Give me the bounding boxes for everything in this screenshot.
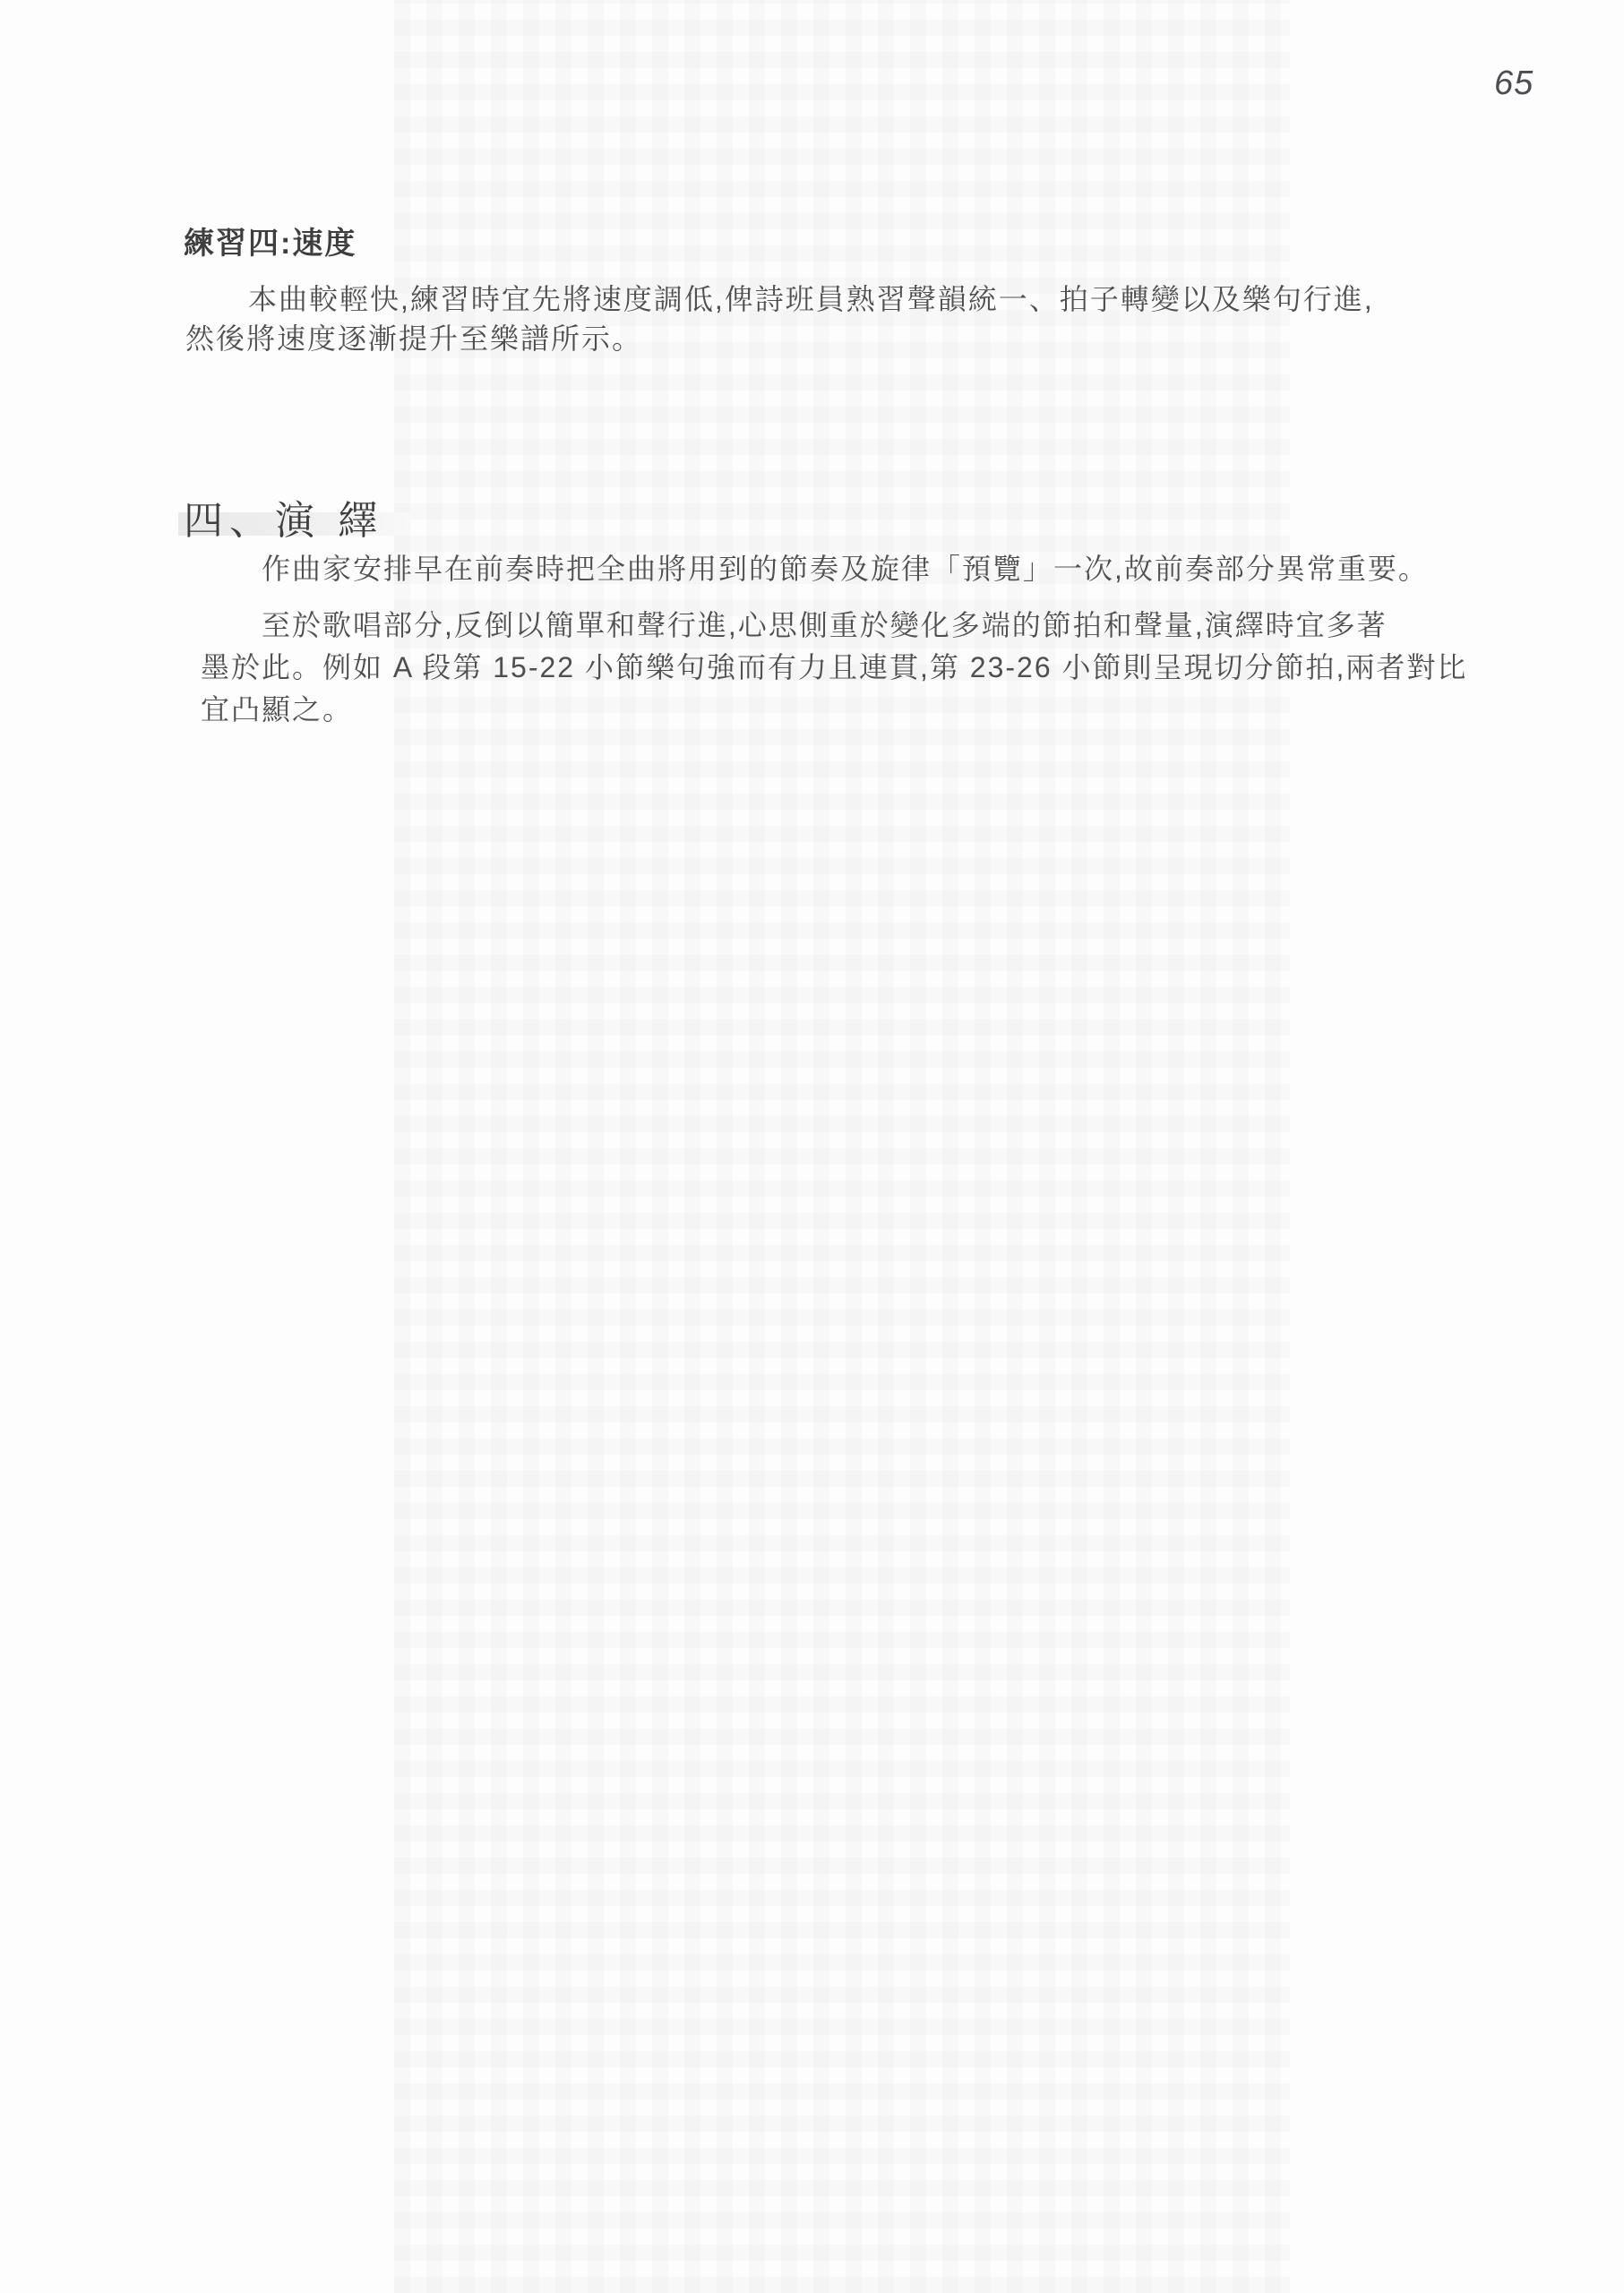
text-line: 宜凸顯之。 xyxy=(201,689,1517,731)
text-line: 墨於此。例如 A 段第 15-22 小節樂句強而有力且連貫,第 23-26 小節… xyxy=(201,647,1517,689)
text-line: 作曲家安排早在前奏時把全曲將用到的節奏及旋律「預覽」一次,故前奏部分異常重要。 xyxy=(201,548,1517,589)
exercise-tempo-paragraph: 本曲較輕快,練習時宜先將速度調低,俾詩班員熟習聲韻統一、拍子轉變以及樂句行進, … xyxy=(185,279,1502,358)
interpretation-paragraph-1: 作曲家安排早在前奏時把全曲將用到的節奏及旋律「預覽」一次,故前奏部分異常重要。 xyxy=(201,548,1517,589)
text-line: 本曲較輕快,練習時宜先將速度調低,俾詩班員熟習聲韻統一、拍子轉變以及樂句行進, xyxy=(185,279,1502,319)
exercise-tempo-heading: 練習四:速度 xyxy=(184,219,357,262)
document-page: 65 練習四:速度 本曲較輕快,練習時宜先將速度調低,俾詩班員熟習聲韻統一、拍子… xyxy=(0,0,1624,2293)
page-number: 65 xyxy=(1494,64,1534,103)
interpretation-paragraph-2: 至於歌唱部分,反倒以簡單和聲行進,心思側重於變化多端的節拍和聲量,演繹時宜多著 … xyxy=(201,605,1517,731)
interpretation-heading: 四、演 繹 xyxy=(184,488,383,545)
text-line: 然後將速度逐漸提升至樂譜所示。 xyxy=(185,319,1502,358)
text-line: 至於歌唱部分,反倒以簡單和聲行進,心思側重於變化多端的節拍和聲量,演繹時宜多著 xyxy=(201,605,1517,647)
